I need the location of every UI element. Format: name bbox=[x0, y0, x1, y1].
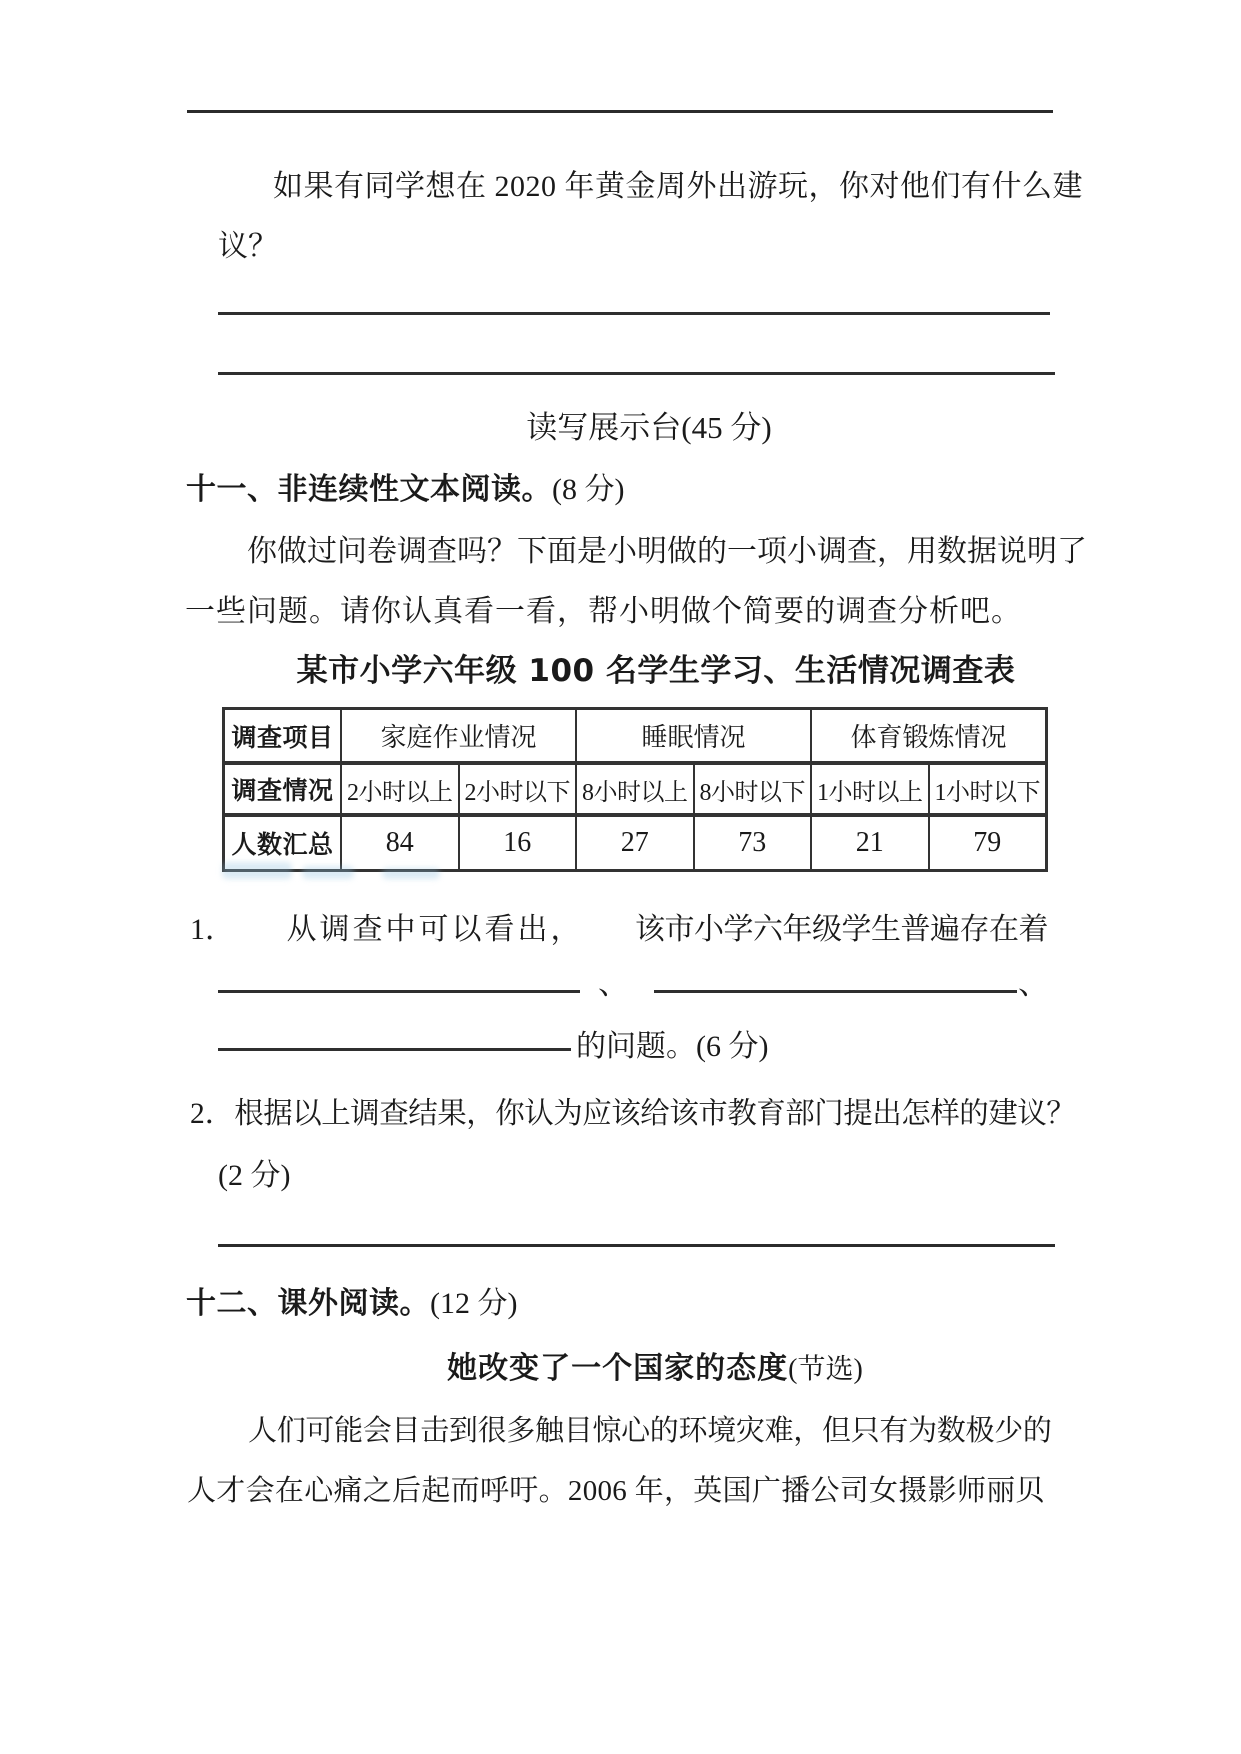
section-11-heading-text: 十一、非连续性文本阅读。 bbox=[186, 472, 552, 507]
watermark-smudge bbox=[382, 868, 440, 879]
question-2-score: (2 分) bbox=[218, 1150, 290, 1194]
section-12-heading: 十二、课外阅读。(12 分) bbox=[186, 1278, 517, 1322]
section-banner: 读写展示台(45 分) bbox=[187, 402, 1053, 447]
passage-title-note: (节选) bbox=[788, 1354, 863, 1385]
table-cell: 16 bbox=[458, 817, 576, 869]
table-row-label: 调查情况 bbox=[225, 765, 340, 817]
table-cell: 1小时以上 bbox=[810, 765, 928, 817]
table-cell: 1小时以下 bbox=[928, 765, 1046, 817]
question-2-number: 2． bbox=[190, 1098, 234, 1130]
table-cell: 8小时以下 bbox=[693, 765, 811, 817]
table-header-item-label: 调查项目 bbox=[225, 710, 340, 765]
intro-paragraph-line-2: 一些问题。请你认真看一看，帮小明做个简要的调查分析吧。 bbox=[185, 586, 1022, 630]
answer-blank-line bbox=[654, 990, 1017, 993]
passage-paragraph-line-2: 人才会在心痛之后起而呼吁。2006 年，英国广播公司女摄影师丽贝 bbox=[187, 1468, 1045, 1509]
mid-divider-line bbox=[218, 1244, 1055, 1247]
section-12-heading-text: 十二、课外阅读。 bbox=[186, 1286, 430, 1321]
top-question-line-1: 如果有同学想在 2020 年黄金周外出游玩，你对他们有什么建 bbox=[273, 161, 1083, 205]
question-2-text: 根据以上调查结果，你认为应该给该市教育部门提出怎样的建议？ bbox=[234, 1098, 1075, 1130]
answer-blank-line bbox=[218, 990, 580, 993]
table-cell: 21 bbox=[810, 817, 928, 869]
dunhao-separator: 、 bbox=[598, 958, 629, 1003]
passage-title-text: 她改变了一个国家的态度 bbox=[447, 1351, 788, 1386]
question-1-line: 1． 从调查中可以看出， 该市小学六年级学生普遍存在着 bbox=[190, 904, 1048, 948]
answer-blank-line bbox=[218, 372, 1055, 375]
question-1-tail: 的问题。(6 分) bbox=[576, 1021, 768, 1065]
answer-blank-line bbox=[218, 312, 1050, 315]
intro-paragraph-line-1: 你做过问卷调查吗？下面是小明做的一项小调查，用数据说明了 bbox=[247, 526, 1087, 570]
section-11-heading: 十一、非连续性文本阅读。(8 分) bbox=[186, 464, 624, 508]
watermark-smudge bbox=[302, 866, 354, 879]
dunhao-separator: 、 bbox=[1018, 958, 1049, 1003]
passage-title: 她改变了一个国家的态度(节选) bbox=[187, 1343, 1053, 1387]
table-cell: 84 bbox=[340, 817, 458, 869]
survey-table: 调查项目 家庭作业情况 睡眠情况 体育锻炼情况 调查情况 2小时以上 2小时以下… bbox=[222, 707, 1048, 872]
top-divider-line bbox=[187, 110, 1053, 113]
passage-paragraph-line-1: 人们可能会目击到很多触目惊心的环境灾难，但只有为数极少的 bbox=[248, 1408, 1052, 1449]
table-group-sleep: 睡眠情况 bbox=[575, 710, 810, 765]
section-11-heading-score: (8 分) bbox=[552, 473, 624, 506]
table-group-exercise: 体育锻炼情况 bbox=[810, 710, 1045, 765]
table-cell: 73 bbox=[693, 817, 811, 869]
survey-table-title: 某市小学六年级 100 名学生学习、生活情况调查表 bbox=[187, 645, 1053, 690]
table-cell: 27 bbox=[575, 817, 693, 869]
table-cell: 2小时以上 bbox=[340, 765, 458, 817]
top-question-line-2: 议？ bbox=[218, 221, 278, 265]
question-2-line: 2．根据以上调查结果，你认为应该给该市教育部门提出怎样的建议？ bbox=[190, 1090, 1075, 1132]
exam-paper-page: 如果有同学想在 2020 年黄金周外出游玩，你对他们有什么建 议？ 读写展示台(… bbox=[0, 0, 1241, 1754]
question-1-part-1: 从调查中可以看出， bbox=[287, 904, 584, 948]
answer-blank-line bbox=[218, 1048, 571, 1051]
question-1-number: 1． bbox=[190, 904, 235, 948]
table-cell: 2小时以下 bbox=[458, 765, 576, 817]
table-group-homework: 家庭作业情况 bbox=[340, 710, 575, 765]
question-1-part-2: 该市小学六年级学生普遍存在着 bbox=[635, 904, 1048, 948]
watermark-smudge bbox=[222, 862, 292, 879]
table-cell: 79 bbox=[928, 817, 1046, 869]
table-cell: 8小时以上 bbox=[575, 765, 693, 817]
section-12-heading-score: (12 分) bbox=[430, 1287, 517, 1320]
